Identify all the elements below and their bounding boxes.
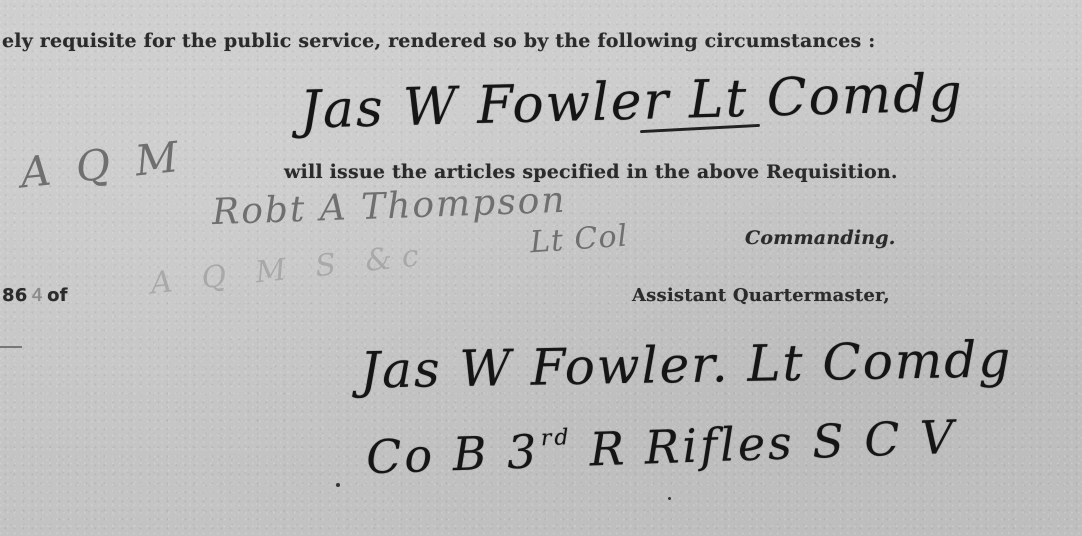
handwritten-signature-top: Jas W Fowler Lt Comdg — [299, 63, 964, 140]
handwritten-signature-bottom: Jas W Fowler. Lt Comdg — [360, 330, 1013, 399]
printed-commanding-label: Commanding. — [745, 227, 896, 249]
date-suffix: of — [47, 285, 68, 306]
handwritten-unit-line: Co B 3rd R Rifles S C V — [365, 410, 957, 485]
unit-ordinal-suffix: rd — [540, 425, 571, 451]
handwritten-commander-rank: Lt Col — [529, 219, 629, 261]
printed-circumstances-line: ely requisite for the public service, re… — [2, 30, 876, 52]
requisition-document: ely requisite for the public service, re… — [0, 0, 1082, 536]
handwritten-aqm-initials: A Q M — [18, 132, 187, 198]
date-digit-handwritten: 4 — [31, 285, 43, 306]
unit-ordinal-number: 3 — [506, 424, 540, 479]
unit-company: Co B — [365, 426, 490, 484]
printed-issue-line: will issue the articles specified in the… — [284, 161, 898, 183]
faded-handwritten-note: A Q M S &c — [149, 238, 430, 302]
ink-speck — [336, 483, 340, 487]
unit-regiment: R Rifles S C V — [589, 410, 958, 477]
printed-date-fragment: 864of — [2, 285, 68, 306]
handwritten-commander-name: Robt A Thompson — [211, 180, 567, 233]
printed-aqm-label: Assistant Quartermaster, — [632, 285, 890, 306]
date-prefix: 86 — [2, 285, 27, 306]
margin-mark — [0, 346, 22, 348]
ink-speck — [668, 497, 671, 500]
